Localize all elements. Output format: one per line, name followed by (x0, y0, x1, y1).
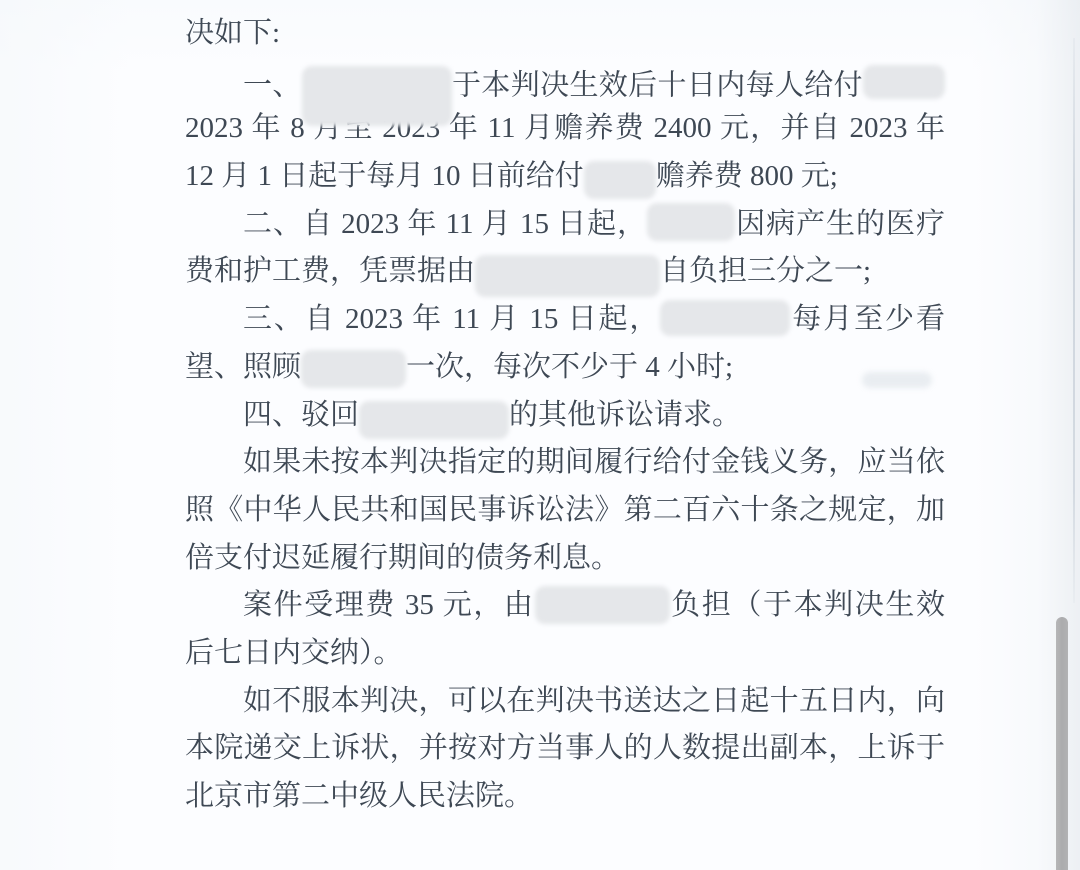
document-line: 费和护工费，凭票据由自负担三分之一; (185, 248, 945, 296)
line-text: 12 月 1 日起于每月 10 日前给付 (185, 160, 584, 192)
line-text: 后七日内交纳）。 (185, 637, 403, 669)
redaction-blob (660, 300, 790, 336)
line-text: 于本判决生效后十日内每人给付 (452, 69, 863, 101)
document-line: 后七日内交纳）。 (185, 630, 945, 678)
redaction-blob (535, 586, 670, 624)
redaction-blob (863, 65, 945, 99)
document-line: 一、于本判决生效后十日内每人给付 (185, 58, 945, 106)
document-line: 照《中华人民共和国民事诉讼法》第二百六十条之规定，加 (185, 487, 945, 535)
line-text: 四、驳回 (243, 399, 359, 431)
document-line: 如果未按本判决指定的期间履行给付金钱义务，应当依 (185, 439, 945, 487)
redaction-blob (475, 255, 660, 297)
line-text: 2023 年 8 月至 2023 年 11 月赡养费 2400 元，并自 202… (185, 112, 945, 144)
document-line: 案件受理费 35 元，由负担（于本判决生效 (185, 582, 945, 630)
line-text: 如果未按本判决指定的期间履行给付金钱义务，应当依 (243, 446, 945, 478)
redaction-blob (647, 203, 735, 241)
redaction-blob (302, 66, 452, 126)
line-text: 负担（于本判决生效 (670, 589, 945, 621)
line-text: 一次，每次不少于 4 小时; (406, 351, 733, 383)
line-text: 每月至少看 (790, 303, 945, 335)
scrollbar-thumb[interactable] (1056, 617, 1068, 870)
line-text: 的其他诉讼请求。 (509, 399, 741, 431)
document-line: 望、照顾一次，每次不少于 4 小时; (185, 344, 945, 392)
line-text: 自负担三分之一; (660, 255, 871, 287)
line-text: 照《中华人民共和国民事诉讼法》第二百六十条之规定，加 (185, 494, 945, 526)
page-edge-line (1073, 38, 1075, 603)
line-text: 北京市第二中级人民法院。 (185, 780, 533, 812)
document-line: 2023 年 8 月至 2023 年 11 月赡养费 2400 元，并自 202… (185, 105, 945, 153)
line-text: 费和护工费，凭票据由 (185, 255, 475, 287)
redaction-blob (301, 350, 406, 388)
line-text: 本院递交上诉状，并按对方当事人的人数提出副本，上诉于 (185, 732, 945, 764)
document-line: 决如下: (185, 10, 945, 58)
redaction-blob (359, 401, 509, 439)
document-line: 倍支付迟延履行期间的债务利息。 (185, 535, 945, 583)
judgment-text-block: 决如下:一、于本判决生效后十日内每人给付2023 年 8 月至 2023 年 1… (185, 10, 945, 821)
line-text: 因病产生的医疗 (735, 208, 945, 240)
line-text: 望、照顾 (185, 351, 301, 383)
line-text: 赡养费 800 元; (656, 160, 838, 192)
line-text: 案件受理费 35 元，由 (243, 589, 535, 621)
line-text: 如不服本判决，可以在判决书送达之日起十五日内，向 (243, 685, 945, 717)
document-line: 如不服本判决，可以在判决书送达之日起十五日内，向 (185, 678, 945, 726)
document-line: 北京市第二中级人民法院。 (185, 773, 945, 821)
document-line: 四、驳回的其他诉讼请求。 (185, 392, 945, 440)
document-line: 二、自 2023 年 11 月 15 日起，因病产生的医疗 (185, 201, 945, 249)
document-page: 决如下:一、于本判决生效后十日内每人给付2023 年 8 月至 2023 年 1… (0, 0, 1080, 870)
scan-artifact-smudge (862, 372, 932, 388)
line-text: 二、自 2023 年 11 月 15 日起， (243, 208, 647, 240)
document-line: 12 月 1 日起于每月 10 日前给付赡养费 800 元; (185, 153, 945, 201)
line-text: 三、自 2023 年 11 月 15 日起， (243, 303, 660, 335)
document-line: 本院递交上诉状，并按对方当事人的人数提出副本，上诉于 (185, 725, 945, 773)
line-text: 倍支付迟延履行期间的债务利息。 (185, 542, 620, 574)
line-text: 一、 (243, 69, 302, 101)
document-line: 三、自 2023 年 11 月 15 日起，每月至少看 (185, 296, 945, 344)
redaction-blob (584, 161, 656, 199)
line-text: 决如下: (185, 17, 280, 49)
